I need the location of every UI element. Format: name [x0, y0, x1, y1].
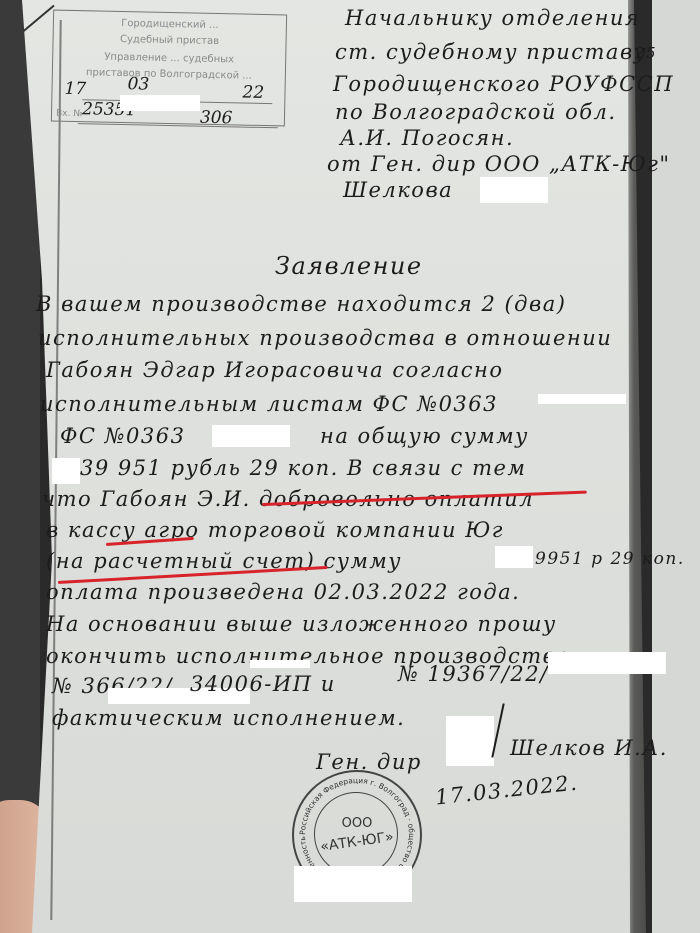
redaction-amount-2: [495, 546, 533, 568]
addressee-line-3: Городищенского РОУФССП: [333, 72, 674, 96]
signatory-name: Шелков И.А.: [510, 736, 668, 760]
addressee-line-7: Шелкова: [343, 178, 453, 202]
redaction-writ-1: [538, 394, 626, 404]
body-line-2: исполнительных производства в отношении: [38, 326, 612, 350]
stamp-header-1: Городищенский ...: [54, 17, 286, 33]
body-line-5b: на общую сумму: [320, 424, 529, 448]
document-title: Заявление: [275, 252, 423, 280]
addressee-line-6: от Ген. дир ООО „АТК-Юг": [327, 152, 671, 176]
body-line-3: Габоян Эдгар Игорасовича согласно: [46, 358, 504, 382]
stamp-header-4: приставов по Волгоградской ...: [53, 67, 285, 83]
redaction-sender-initials: [480, 177, 548, 203]
stamp-date-year: 22: [242, 83, 264, 103]
addressee-line-1: Начальнику отделения: [345, 6, 640, 30]
body-line-1: В вашем производстве находится 2 (два): [36, 292, 566, 316]
body-line-13b: 34006-ИП и: [190, 672, 336, 696]
redaction-case-2: [548, 652, 666, 674]
body-line-6: 39 951 рубль 29 коп. В связи с тем: [80, 456, 526, 480]
margin-note: 25: [635, 44, 657, 62]
body-line-5a: ФС №0363: [60, 424, 186, 448]
body-line-8: в кассу агро торговой компании Юг: [46, 518, 504, 542]
addressee-line-5: А.И. Погосян.: [340, 126, 514, 150]
redaction-case-1a: [250, 660, 310, 668]
body-line-11: На основании выше изложенного прошу: [46, 612, 557, 636]
body-line-7: что Габоян Э.И. добровольно оплатил: [42, 487, 534, 511]
body-line-14: фактическим исполнением.: [52, 706, 405, 730]
redaction-amount-1: [52, 458, 80, 484]
stamp-header-2: Судебный пристав: [53, 33, 285, 49]
redaction-writ-2: [212, 425, 290, 447]
body-line-9: (на расчетный счет) сумму: [46, 549, 402, 573]
stamp-date-month: 03: [127, 74, 149, 94]
redaction-signature: [446, 716, 494, 766]
body-line-9-amount: 9951 р 29 коп.: [535, 549, 685, 569]
redaction-seal-bottom: [294, 866, 412, 902]
body-line-13c: № 19367/22/: [398, 662, 549, 686]
addressee-line-4: по Волгоградской обл.: [335, 100, 617, 124]
body-line-10: оплата произведена 02.03.2022 года.: [46, 580, 520, 604]
redaction-stamp-number: [120, 95, 200, 111]
stamp-in-no-label: Вх. №: [56, 109, 83, 120]
stamp-header-3: Управление ... судебных: [53, 51, 285, 67]
addressee-line-2: ст. судебному приставу: [335, 40, 647, 64]
body-line-4: исполнительным листам ФС №0363: [40, 392, 498, 416]
stamp-date-day: 17: [64, 79, 86, 99]
background-right-paper: [652, 0, 700, 933]
